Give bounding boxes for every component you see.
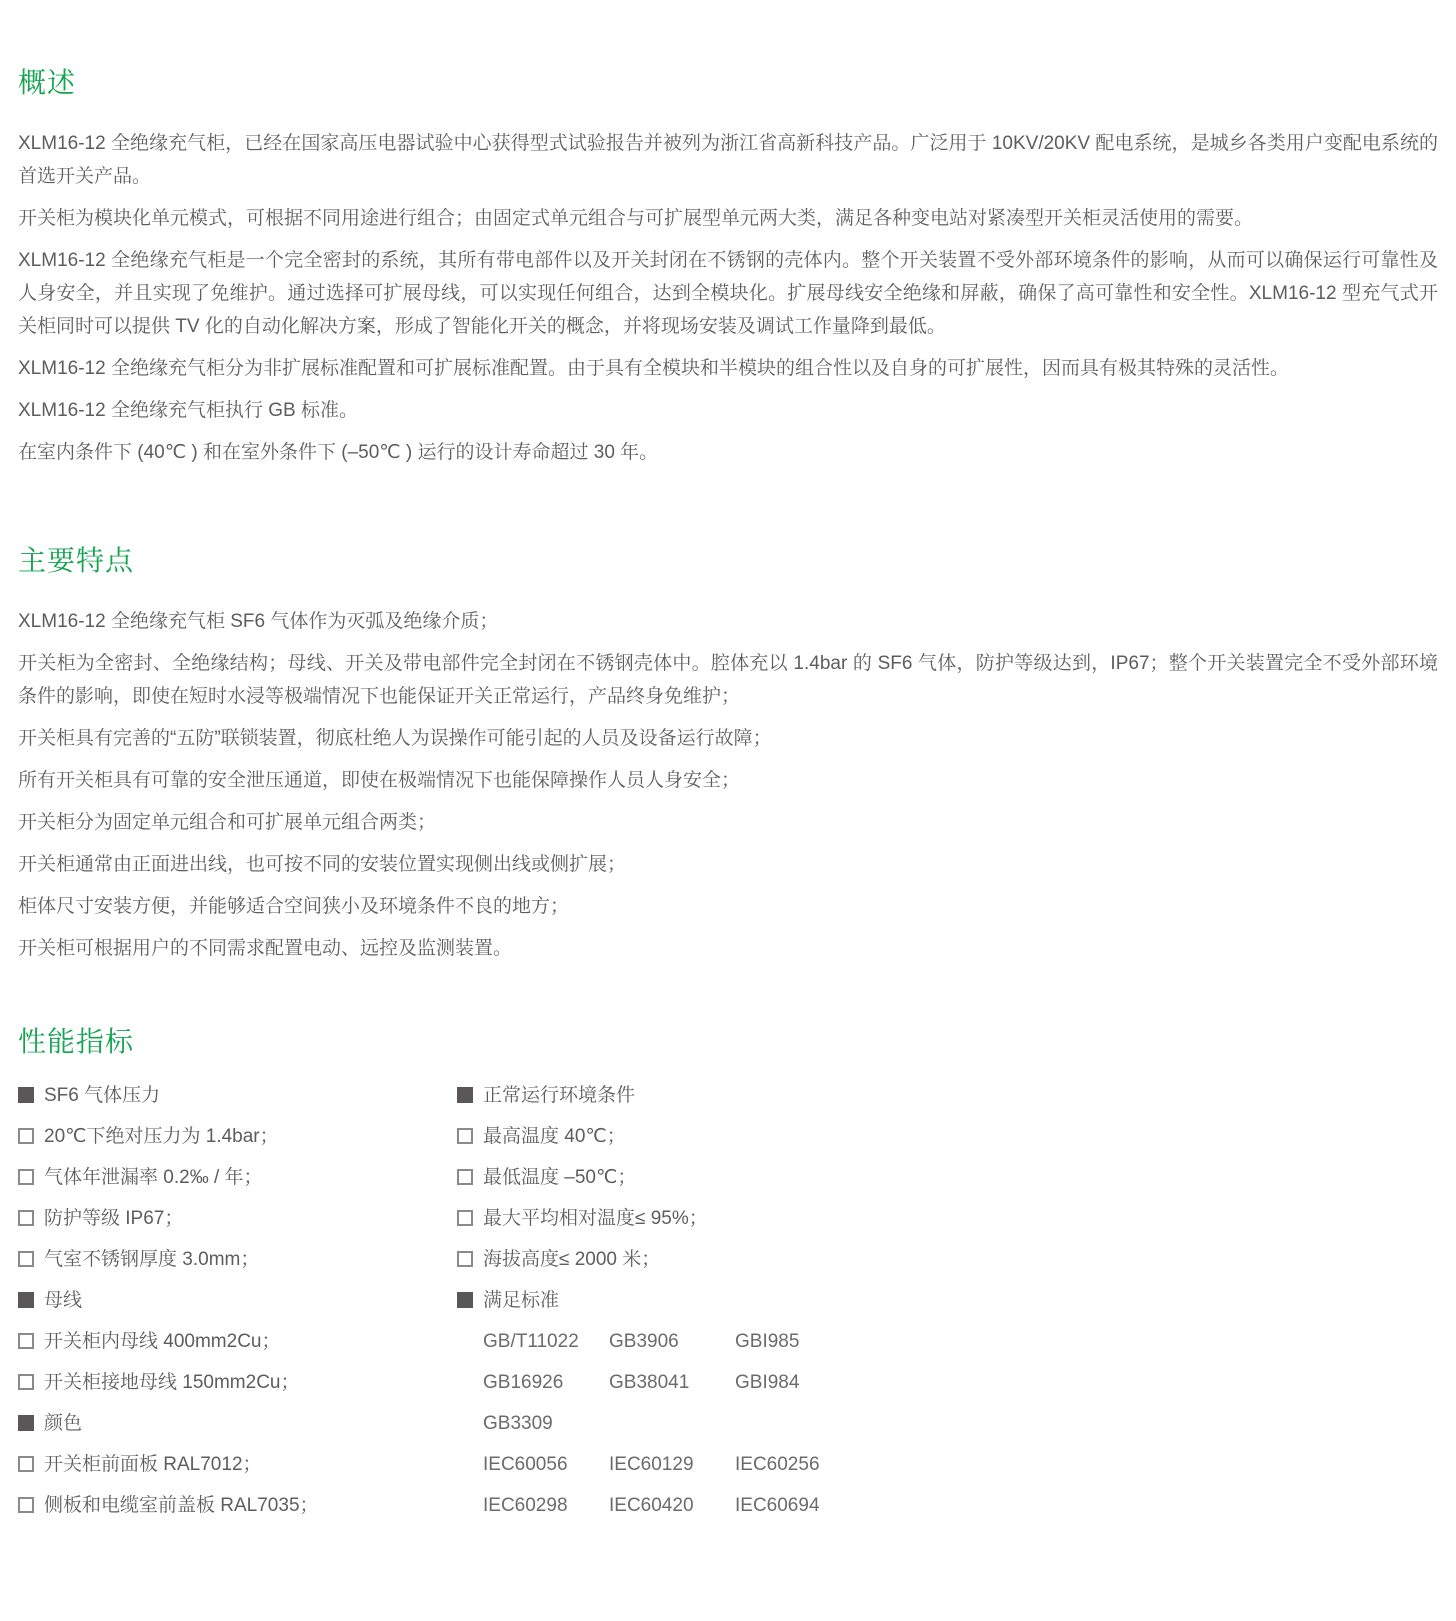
standard-code: GBI985 bbox=[735, 1332, 861, 1352]
spec-item-label: 开关柜前面板 RAL7012； bbox=[44, 1454, 262, 1475]
spec-item: SF6 气体压力 bbox=[18, 1086, 457, 1106]
outline-square-icon bbox=[18, 1497, 34, 1513]
spec-item-label: 气体年泄漏率 0.2‰ / 年； bbox=[44, 1167, 263, 1188]
outline-square-icon bbox=[457, 1210, 473, 1226]
spec-grid-row: 颜色GB3309 bbox=[18, 1414, 1438, 1434]
spec-item-label: 防护等级 IP67； bbox=[44, 1208, 183, 1229]
spec-item-label: 母线 bbox=[44, 1290, 82, 1311]
filled-square-icon bbox=[18, 1292, 34, 1308]
filled-square-icon bbox=[457, 1292, 473, 1308]
overview-paragraph: XLM16-12 全绝缘充气柜分为非扩展标准配置和可扩展标准配置。由于具有全模块… bbox=[18, 352, 1438, 385]
standard-code: GBI984 bbox=[735, 1373, 861, 1393]
overview-paragraph: XLM16-12 全绝缘充气柜，已经在国家高压电器试验中心获得型式试验报告并被列… bbox=[18, 127, 1438, 193]
overview-paragraph: 在室内条件下 (40℃ ) 和在室外条件下 (–50℃ ) 运行的设计寿命超过 … bbox=[18, 436, 1438, 469]
spec-item-label: 侧板和电缆室前盖板 RAL7035； bbox=[44, 1495, 319, 1516]
spec-item-label: 最高温度 40℃； bbox=[483, 1126, 626, 1147]
spec-item: 气体年泄漏率 0.2‰ / 年； bbox=[18, 1168, 457, 1188]
standards-row: GB16926GB38041GBI984 bbox=[457, 1373, 1438, 1393]
spec-item: 最大平均相对温度≤ 95%； bbox=[457, 1209, 1438, 1229]
spec-item-label: 颜色 bbox=[44, 1413, 82, 1434]
feature-item: 所有开关柜具有可靠的安全泄压通道，即使在极端情况下也能保障操作人员人身安全； bbox=[18, 764, 1438, 797]
spec-item-label: 正常运行环境条件 bbox=[483, 1085, 635, 1106]
spec-grid-row: 侧板和电缆室前盖板 RAL7035；IEC60298IEC60420IEC606… bbox=[18, 1496, 1438, 1516]
spec-grid-row: 开关柜接地母线 150mm2Cu；GB16926GB38041GBI984 bbox=[18, 1373, 1438, 1393]
spec-item: 满足标准 bbox=[457, 1291, 1438, 1311]
outline-square-icon bbox=[18, 1210, 34, 1226]
spec-grid-row: 气室不锈钢厚度 3.0mm；海拔高度≤ 2000 米； bbox=[18, 1250, 1438, 1270]
filled-square-icon bbox=[457, 1087, 473, 1103]
spec-item-label: SF6 气体压力 bbox=[44, 1085, 160, 1106]
standard-code: GB3309 bbox=[483, 1414, 609, 1434]
spec-item: 防护等级 IP67； bbox=[18, 1209, 457, 1229]
feature-item: 柜体尺寸安装方便，并能够适合空间狭小及环境条件不良的地方； bbox=[18, 890, 1438, 923]
standard-code: IEC60694 bbox=[735, 1496, 861, 1516]
spec-item: 开关柜前面板 RAL7012； bbox=[18, 1455, 457, 1475]
spec-grid-row: 20℃下绝对压力为 1.4bar；最高温度 40℃； bbox=[18, 1127, 1438, 1147]
feature-item: 开关柜分为固定单元组合和可扩展单元组合两类； bbox=[18, 806, 1438, 839]
section-specs: 性能指标 SF6 气体压力正常运行环境条件20℃下绝对压力为 1.4bar；最高… bbox=[18, 1025, 1438, 1516]
spec-item: 侧板和电缆室前盖板 RAL7035； bbox=[18, 1496, 457, 1516]
overview-paragraph: XLM16-12 全绝缘充气柜执行 GB 标准。 bbox=[18, 394, 1438, 427]
standards-row: GB3309 bbox=[457, 1414, 1438, 1434]
outline-square-icon bbox=[18, 1251, 34, 1267]
spec-grid-row: 气体年泄漏率 0.2‰ / 年；最低温度 –50℃； bbox=[18, 1168, 1438, 1188]
standard-code: GB3906 bbox=[609, 1332, 735, 1352]
spec-item-label: 20℃下绝对压力为 1.4bar； bbox=[44, 1126, 279, 1147]
section-features: 主要特点 XLM16-12 全绝缘充气柜 SF6 气体作为灭弧及绝缘介质；开关柜… bbox=[18, 544, 1438, 965]
outline-square-icon bbox=[18, 1128, 34, 1144]
feature-item: XLM16-12 全绝缘充气柜 SF6 气体作为灭弧及绝缘介质； bbox=[18, 605, 1438, 638]
spec-item: 气室不锈钢厚度 3.0mm； bbox=[18, 1250, 457, 1270]
overview-paragraph: 开关柜为模块化单元模式，可根据不同用途进行组合；由固定式单元组合与可扩展型单元两… bbox=[18, 202, 1438, 235]
spec-item: 颜色 bbox=[18, 1414, 457, 1434]
spec-grid-row: 开关柜内母线 400mm2Cu；GB/T11022GB3906GBI985 bbox=[18, 1332, 1438, 1352]
outline-square-icon bbox=[18, 1333, 34, 1349]
spec-item-label: 最大平均相对温度≤ 95%； bbox=[483, 1208, 708, 1229]
spec-item: 海拔高度≤ 2000 米； bbox=[457, 1250, 1438, 1270]
feature-item: 开关柜具有完善的“五防”联锁装置，彻底杜绝人为误操作可能引起的人员及设备运行故障… bbox=[18, 722, 1438, 755]
spec-grid-row: 开关柜前面板 RAL7012；IEC60056IEC60129IEC60256 bbox=[18, 1455, 1438, 1475]
filled-square-icon bbox=[18, 1087, 34, 1103]
outline-square-icon bbox=[457, 1128, 473, 1144]
spec-item-label: 气室不锈钢厚度 3.0mm； bbox=[44, 1249, 259, 1270]
standard-code: IEC60256 bbox=[735, 1455, 861, 1475]
outline-square-icon bbox=[457, 1251, 473, 1267]
outline-square-icon bbox=[18, 1374, 34, 1390]
section-overview: 概述 XLM16-12 全绝缘充气柜，已经在国家高压电器试验中心获得型式试验报告… bbox=[18, 66, 1438, 469]
spec-item: 正常运行环境条件 bbox=[457, 1086, 1438, 1106]
spec-item-label: 满足标准 bbox=[483, 1290, 559, 1311]
outline-square-icon bbox=[18, 1456, 34, 1472]
standard-code: IEC60298 bbox=[483, 1496, 609, 1516]
standard-code: GB16926 bbox=[483, 1373, 609, 1393]
spec-grid-row: 防护等级 IP67；最大平均相对温度≤ 95%； bbox=[18, 1209, 1438, 1229]
spec-item: 最低温度 –50℃； bbox=[457, 1168, 1438, 1188]
overview-paragraph: XLM16-12 全绝缘充气柜是一个完全密封的系统，其所有带电部件以及开关封闭在… bbox=[18, 244, 1438, 343]
overview-title: 概述 bbox=[18, 66, 1438, 99]
spec-item: 母线 bbox=[18, 1291, 457, 1311]
feature-item: 开关柜可根据用户的不同需求配置电动、远控及监测装置。 bbox=[18, 932, 1438, 965]
standard-code: GB/T11022 bbox=[483, 1332, 609, 1352]
outline-square-icon bbox=[457, 1169, 473, 1185]
standards-row: GB/T11022GB3906GBI985 bbox=[457, 1332, 1438, 1352]
filled-square-icon bbox=[18, 1415, 34, 1431]
spec-grid-row: 母线满足标准 bbox=[18, 1291, 1438, 1311]
features-title: 主要特点 bbox=[18, 544, 1438, 577]
spec-item-label: 开关柜内母线 400mm2Cu； bbox=[44, 1331, 281, 1352]
standard-code: IEC60420 bbox=[609, 1496, 735, 1516]
outline-square-icon bbox=[18, 1169, 34, 1185]
spec-item: 开关柜接地母线 150mm2Cu； bbox=[18, 1373, 457, 1393]
specs-grid: SF6 气体压力正常运行环境条件20℃下绝对压力为 1.4bar；最高温度 40… bbox=[18, 1086, 1438, 1516]
spec-item: 最高温度 40℃； bbox=[457, 1127, 1438, 1147]
spec-item-label: 最低温度 –50℃； bbox=[483, 1167, 636, 1188]
feature-item: 开关柜通常由正面进出线，也可按不同的安装位置实现侧出线或侧扩展； bbox=[18, 848, 1438, 881]
standard-code: GB38041 bbox=[609, 1373, 735, 1393]
datasheet-page: 概述 XLM16-12 全绝缘充气柜，已经在国家高压电器试验中心获得型式试验报告… bbox=[0, 0, 1456, 1621]
features-list: XLM16-12 全绝缘充气柜 SF6 气体作为灭弧及绝缘介质；开关柜为全密封、… bbox=[18, 605, 1438, 965]
spec-item: 20℃下绝对压力为 1.4bar； bbox=[18, 1127, 457, 1147]
spec-item-label: 开关柜接地母线 150mm2Cu； bbox=[44, 1372, 300, 1393]
specs-title: 性能指标 bbox=[18, 1025, 1438, 1058]
spec-item: 开关柜内母线 400mm2Cu； bbox=[18, 1332, 457, 1352]
spec-grid-row: SF6 气体压力正常运行环境条件 bbox=[18, 1086, 1438, 1106]
overview-paragraphs: XLM16-12 全绝缘充气柜，已经在国家高压电器试验中心获得型式试验报告并被列… bbox=[18, 127, 1438, 469]
standard-code: IEC60056 bbox=[483, 1455, 609, 1475]
feature-item: 开关柜为全密封、全绝缘结构；母线、开关及带电部件完全封闭在不锈钢壳体中。腔体充以… bbox=[18, 647, 1438, 713]
standards-row: IEC60056IEC60129IEC60256 bbox=[457, 1455, 1438, 1475]
standards-row: IEC60298IEC60420IEC60694 bbox=[457, 1496, 1438, 1516]
spec-item-label: 海拔高度≤ 2000 米； bbox=[483, 1249, 660, 1270]
standard-code: IEC60129 bbox=[609, 1455, 735, 1475]
